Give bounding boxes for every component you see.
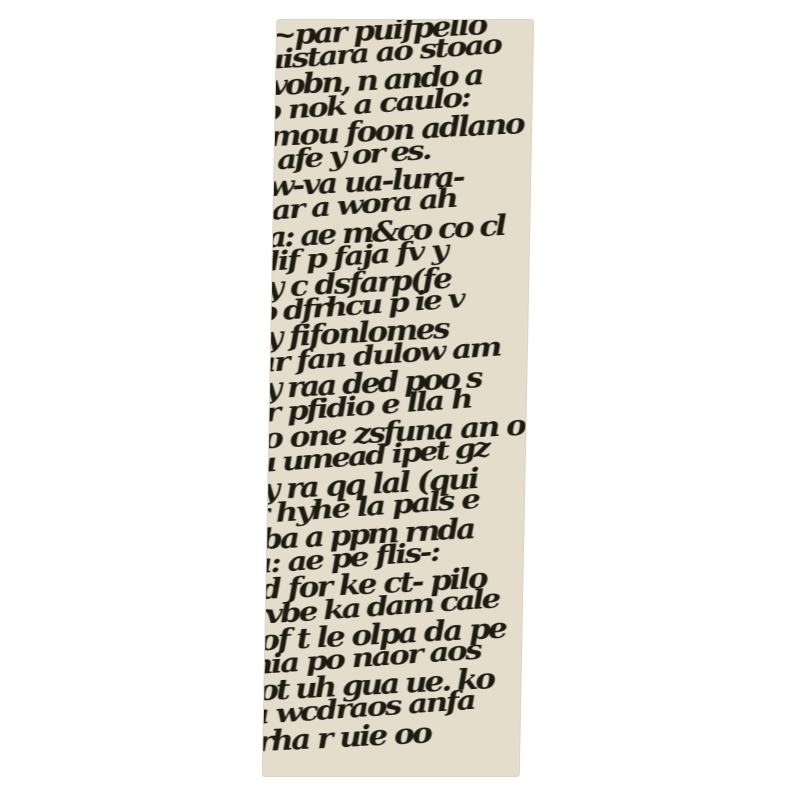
script-line: rha r uie oo — [263, 717, 520, 753]
handwriting-pattern: ~par puifpello uistara ao stoao vobn, n … — [263, 20, 534, 776]
runner-rug: ~par puifpello uistara ao stoao vobn, n … — [263, 20, 534, 776]
